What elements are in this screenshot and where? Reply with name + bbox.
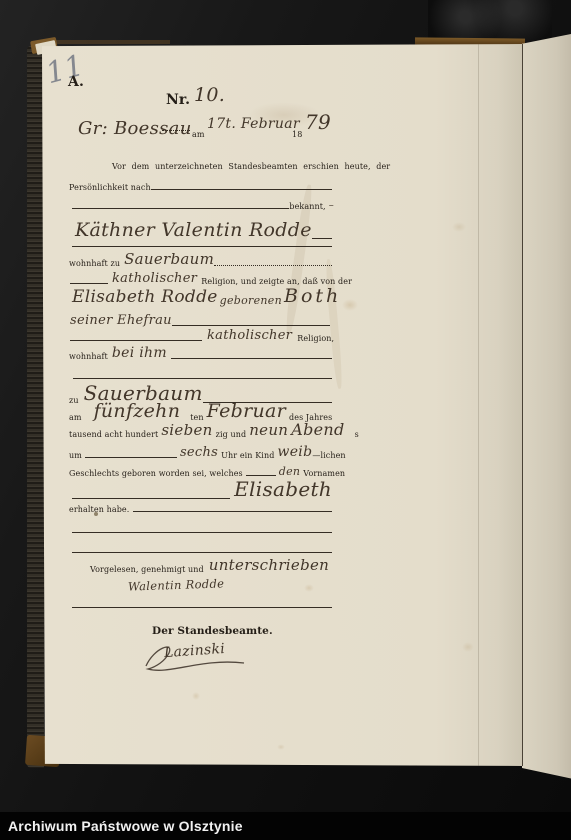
blank-rule xyxy=(72,520,332,533)
bekannt-mark-handwritten: – xyxy=(329,200,334,211)
mother-name-handwritten: Elisabeth Rodde xyxy=(72,287,218,307)
child-name-handwritten: Elisabeth xyxy=(234,477,332,501)
decade-handwritten: sieben xyxy=(161,421,212,439)
book-cover-corner xyxy=(428,0,552,42)
religion2-handwritten: katholischer xyxy=(207,328,292,343)
bekannt-row: bekannt, – xyxy=(72,199,334,211)
blank-rule xyxy=(214,265,332,266)
blank-rule xyxy=(72,595,332,608)
blank-rule xyxy=(70,340,202,341)
persoenlichkeit-row: Persönlichkeit nach xyxy=(69,180,332,192)
mother-row: Elisabeth Rodde geborenen Both xyxy=(72,284,330,307)
residence-row: wohnhaft zu Sauerbaum xyxy=(69,254,332,268)
vorgelesen-row: Vorgelesen, genehmigt und unterschrieben xyxy=(90,556,330,574)
child-name-row: Elisabeth xyxy=(72,474,332,501)
blank-rule xyxy=(73,366,332,379)
birth-hour-row: um sechs Uhr ein Kind weib —lichen xyxy=(69,442,330,460)
bekannt-label: bekannt, xyxy=(289,202,325,211)
blank-rule xyxy=(72,498,230,499)
uhr-ein-kind-label: Uhr ein Kind xyxy=(221,451,274,460)
record-number-value: 10. xyxy=(194,84,225,106)
intro-line: Vor dem unterzeichneten Standesbeamten e… xyxy=(112,162,390,171)
unterschrieben-handwritten: unterschrieben xyxy=(209,556,329,574)
ehefrau-handwritten: seiner Ehefrau xyxy=(70,313,172,328)
stain-spot xyxy=(192,692,200,700)
s-label: s xyxy=(355,430,359,439)
blank-rule xyxy=(151,189,332,190)
religion2-row: katholischer Religion, xyxy=(70,328,332,343)
archive-caption-bar: Archiwum Państwowe w Olsztynie xyxy=(0,812,571,840)
page-crease xyxy=(478,44,479,766)
place-name-handwritten: Gr: Boessau xyxy=(78,118,192,139)
blank-rule xyxy=(72,540,332,553)
year-century-printed: 18 xyxy=(292,130,302,139)
official-signature: Lazinski xyxy=(138,640,258,676)
facing-page xyxy=(522,34,571,786)
archive-caption-label: Archiwum Państwowe w Olsztynie xyxy=(0,812,571,840)
ehefrau-row: seiner Ehefrau xyxy=(70,310,330,328)
place-dotted-fill xyxy=(162,130,190,131)
am-label: am xyxy=(192,130,205,139)
section-letter: A. xyxy=(68,74,84,90)
blank-rule xyxy=(72,234,332,247)
birth-month-handwritten: Februar xyxy=(207,400,286,422)
residence-handwritten: Sauerbaum xyxy=(124,250,214,268)
blank-rule xyxy=(172,325,330,326)
bei-ihm-row: wohnhaft bei ihm xyxy=(69,346,332,361)
stain-spot xyxy=(277,744,285,750)
record-number-label: Nr. xyxy=(166,92,190,108)
birth-day-row: am fünfzehn ten Februar des Jahres xyxy=(69,402,330,422)
maiden-name-handwritten: Both xyxy=(284,285,341,307)
unit-handwritten: neun xyxy=(249,421,288,439)
persoenlichkeit-label: Persönlichkeit nach xyxy=(69,183,151,192)
blank-rule xyxy=(72,208,289,209)
erhalten-row: erhalten habe. xyxy=(69,500,332,514)
gender-handwritten: weib xyxy=(277,444,312,460)
year-handwritten: 79 xyxy=(305,110,331,134)
blank-rule xyxy=(133,511,332,512)
birth-day-handwritten: fünfzehn xyxy=(94,400,181,422)
register-page: 11 A. Nr. 10. Gr: Boessau am 17t. Februa… xyxy=(42,44,523,766)
book-cover-edge-left xyxy=(40,40,170,44)
blank-rule xyxy=(85,457,177,458)
stain-spot xyxy=(462,642,474,652)
religion2-label: Religion, xyxy=(297,334,334,343)
tausend-label: tausend acht hundert xyxy=(69,430,158,439)
wohnhaft-label: wohnhaft xyxy=(69,352,108,361)
time-of-day-handwritten: Abend xyxy=(291,420,344,439)
lichen-label: —lichen xyxy=(312,451,345,460)
date-handwritten: 17t. Februar xyxy=(207,116,300,132)
declarant-signature: Walentin Rodde xyxy=(128,576,225,593)
um-label: um xyxy=(69,451,82,460)
vorgelesen-label: Vorgelesen, genehmigt und xyxy=(90,565,204,574)
blank-rule xyxy=(171,358,332,359)
stain-spot xyxy=(342,299,358,311)
standesbeamte-label: Der Standesbeamte. xyxy=(152,625,273,637)
stain-spot xyxy=(452,222,466,232)
geborene-handwritten: geborenen xyxy=(220,294,282,307)
book-spine-page-edges xyxy=(27,46,44,768)
hour-handwritten: sechs xyxy=(180,445,218,460)
stain-spot xyxy=(304,584,314,592)
erhalten-label: erhalten habe. xyxy=(69,505,129,514)
zig-und-label: zig und xyxy=(216,430,247,439)
archive-photo: 11 A. Nr. 10. Gr: Boessau am 17t. Februa… xyxy=(0,0,571,840)
bei-ihm-handwritten: bei ihm xyxy=(112,345,167,361)
wohnhaft-zu-label: wohnhaft zu xyxy=(69,259,120,268)
birth-year-row: tausend acht hundert sieben zig und neun… xyxy=(69,420,330,439)
